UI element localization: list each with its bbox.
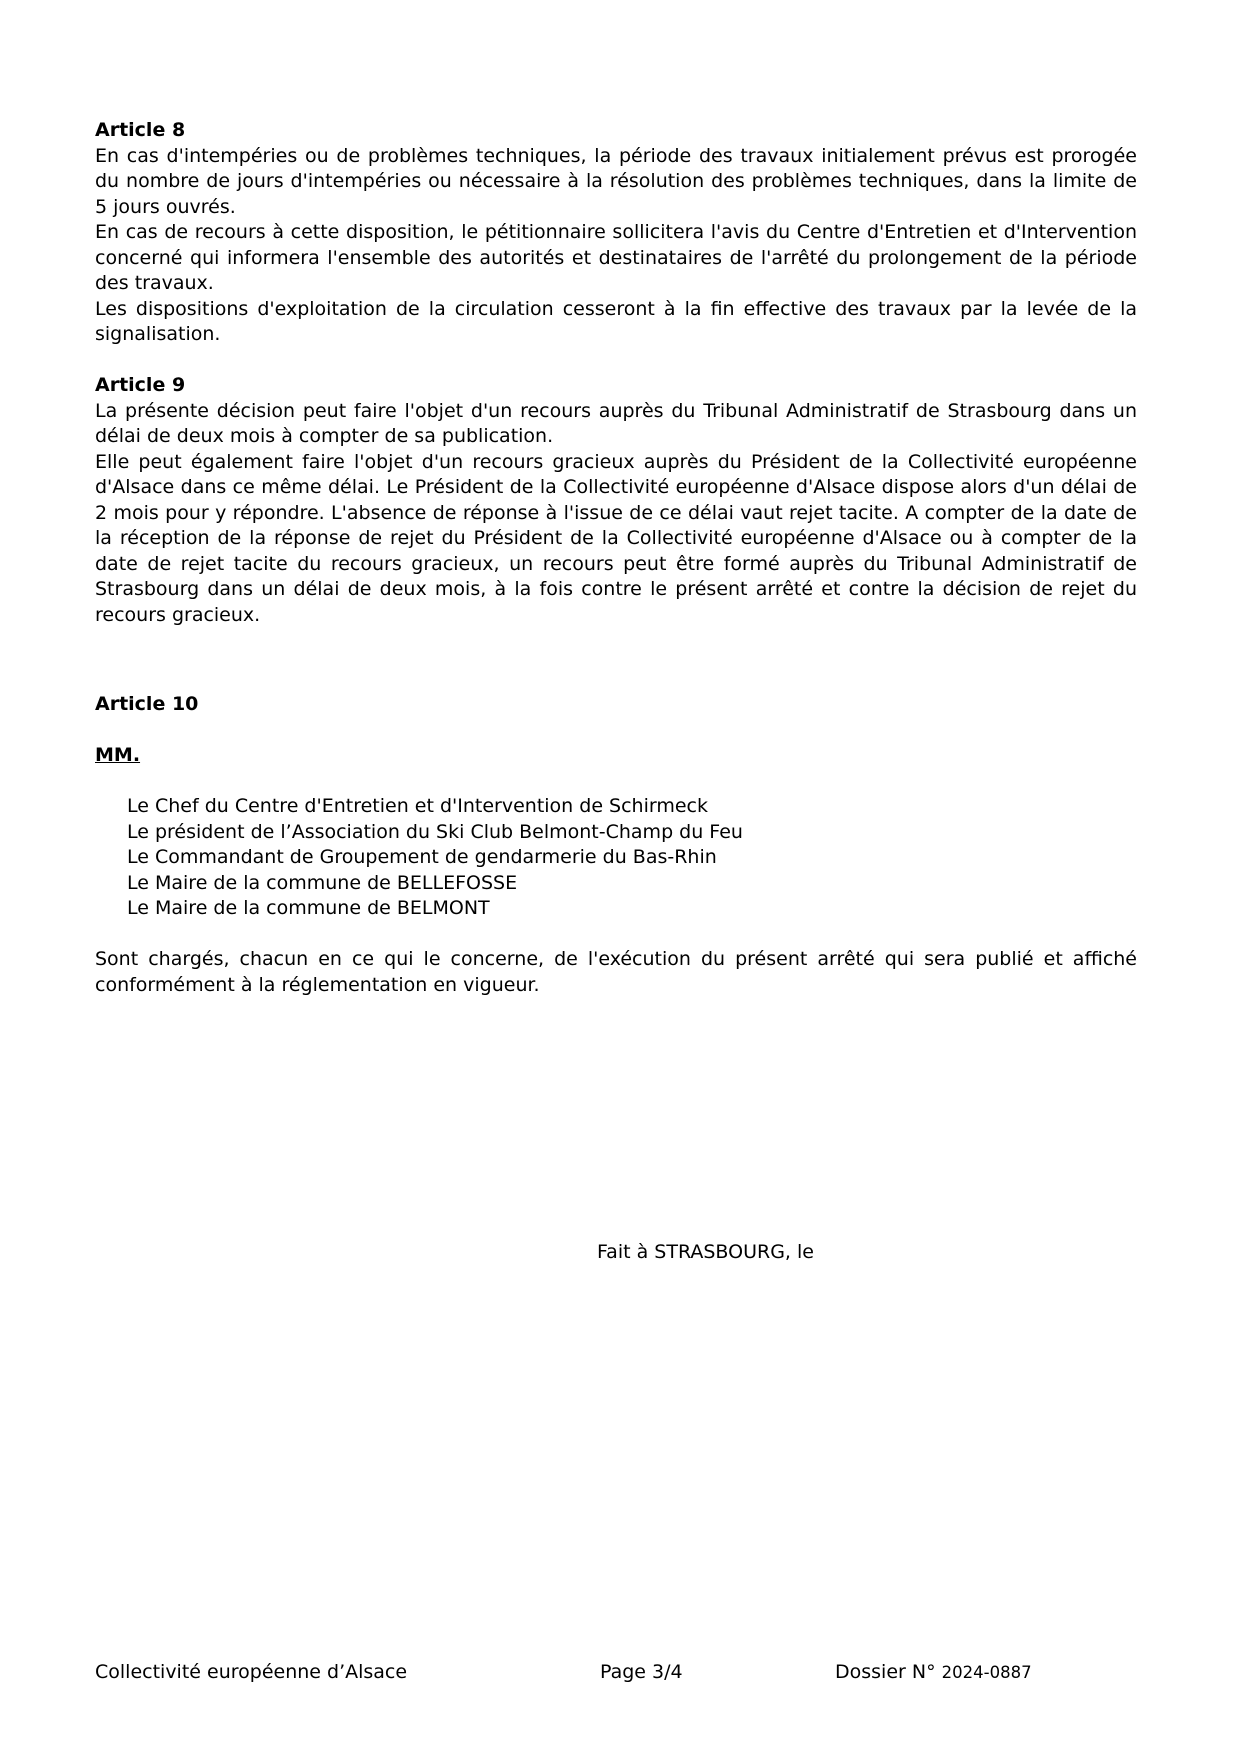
footer-dossier-label: Dossier N° bbox=[835, 1661, 936, 1683]
execution-clause: Sont chargés, chacun en ce qui le concer… bbox=[95, 947, 1137, 998]
document-body: Article 8 En cas d'intempéries ou de pro… bbox=[0, 0, 1241, 998]
article-9-heading: Article 9 bbox=[95, 373, 1137, 399]
recipient-item: Le Maire de la commune de BELMONT bbox=[127, 896, 1137, 922]
recipient-item: Le Maire de la commune de BELLEFOSSE bbox=[127, 871, 1137, 897]
article-8-paragraph-3: Les dispositions d'exploitation de la ci… bbox=[95, 297, 1137, 348]
article-9-paragraph-2: Elle peut également faire l'objet d'un r… bbox=[95, 450, 1137, 629]
article-10-heading: Article 10 bbox=[95, 692, 1137, 718]
document-page: Article 8 En cas d'intempéries ou de pro… bbox=[0, 0, 1241, 1755]
article-8-paragraph-1: En cas d'intempéries ou de problèmes tec… bbox=[95, 144, 1137, 221]
mm-label: MM. bbox=[95, 743, 1137, 769]
footer-page-number: Page 3/4 bbox=[600, 1660, 683, 1686]
page-footer: Collectivité européenne d’Alsace Page 3/… bbox=[0, 1660, 1241, 1686]
footer-dossier-number: 2024-0887 bbox=[942, 1663, 1032, 1682]
recipient-item: Le Chef du Centre d'Entretien et d'Inter… bbox=[127, 794, 1137, 820]
footer-dossier: Dossier N° 2024-0887 bbox=[835, 1660, 1032, 1686]
recipient-item: Le président de l’Association du Ski Clu… bbox=[127, 820, 1137, 846]
signature-place-date: Fait à STRASBOURG, le bbox=[597, 1240, 814, 1266]
footer-organization: Collectivité européenne d’Alsace bbox=[95, 1660, 407, 1686]
article-8-heading: Article 8 bbox=[95, 118, 1137, 144]
recipients-list: Le Chef du Centre d'Entretien et d'Inter… bbox=[95, 794, 1137, 922]
article-9-paragraph-1: La présente décision peut faire l'objet … bbox=[95, 399, 1137, 450]
recipient-item: Le Commandant de Groupement de gendarmer… bbox=[127, 845, 1137, 871]
article-8-paragraph-2: En cas de recours à cette disposition, l… bbox=[95, 220, 1137, 297]
